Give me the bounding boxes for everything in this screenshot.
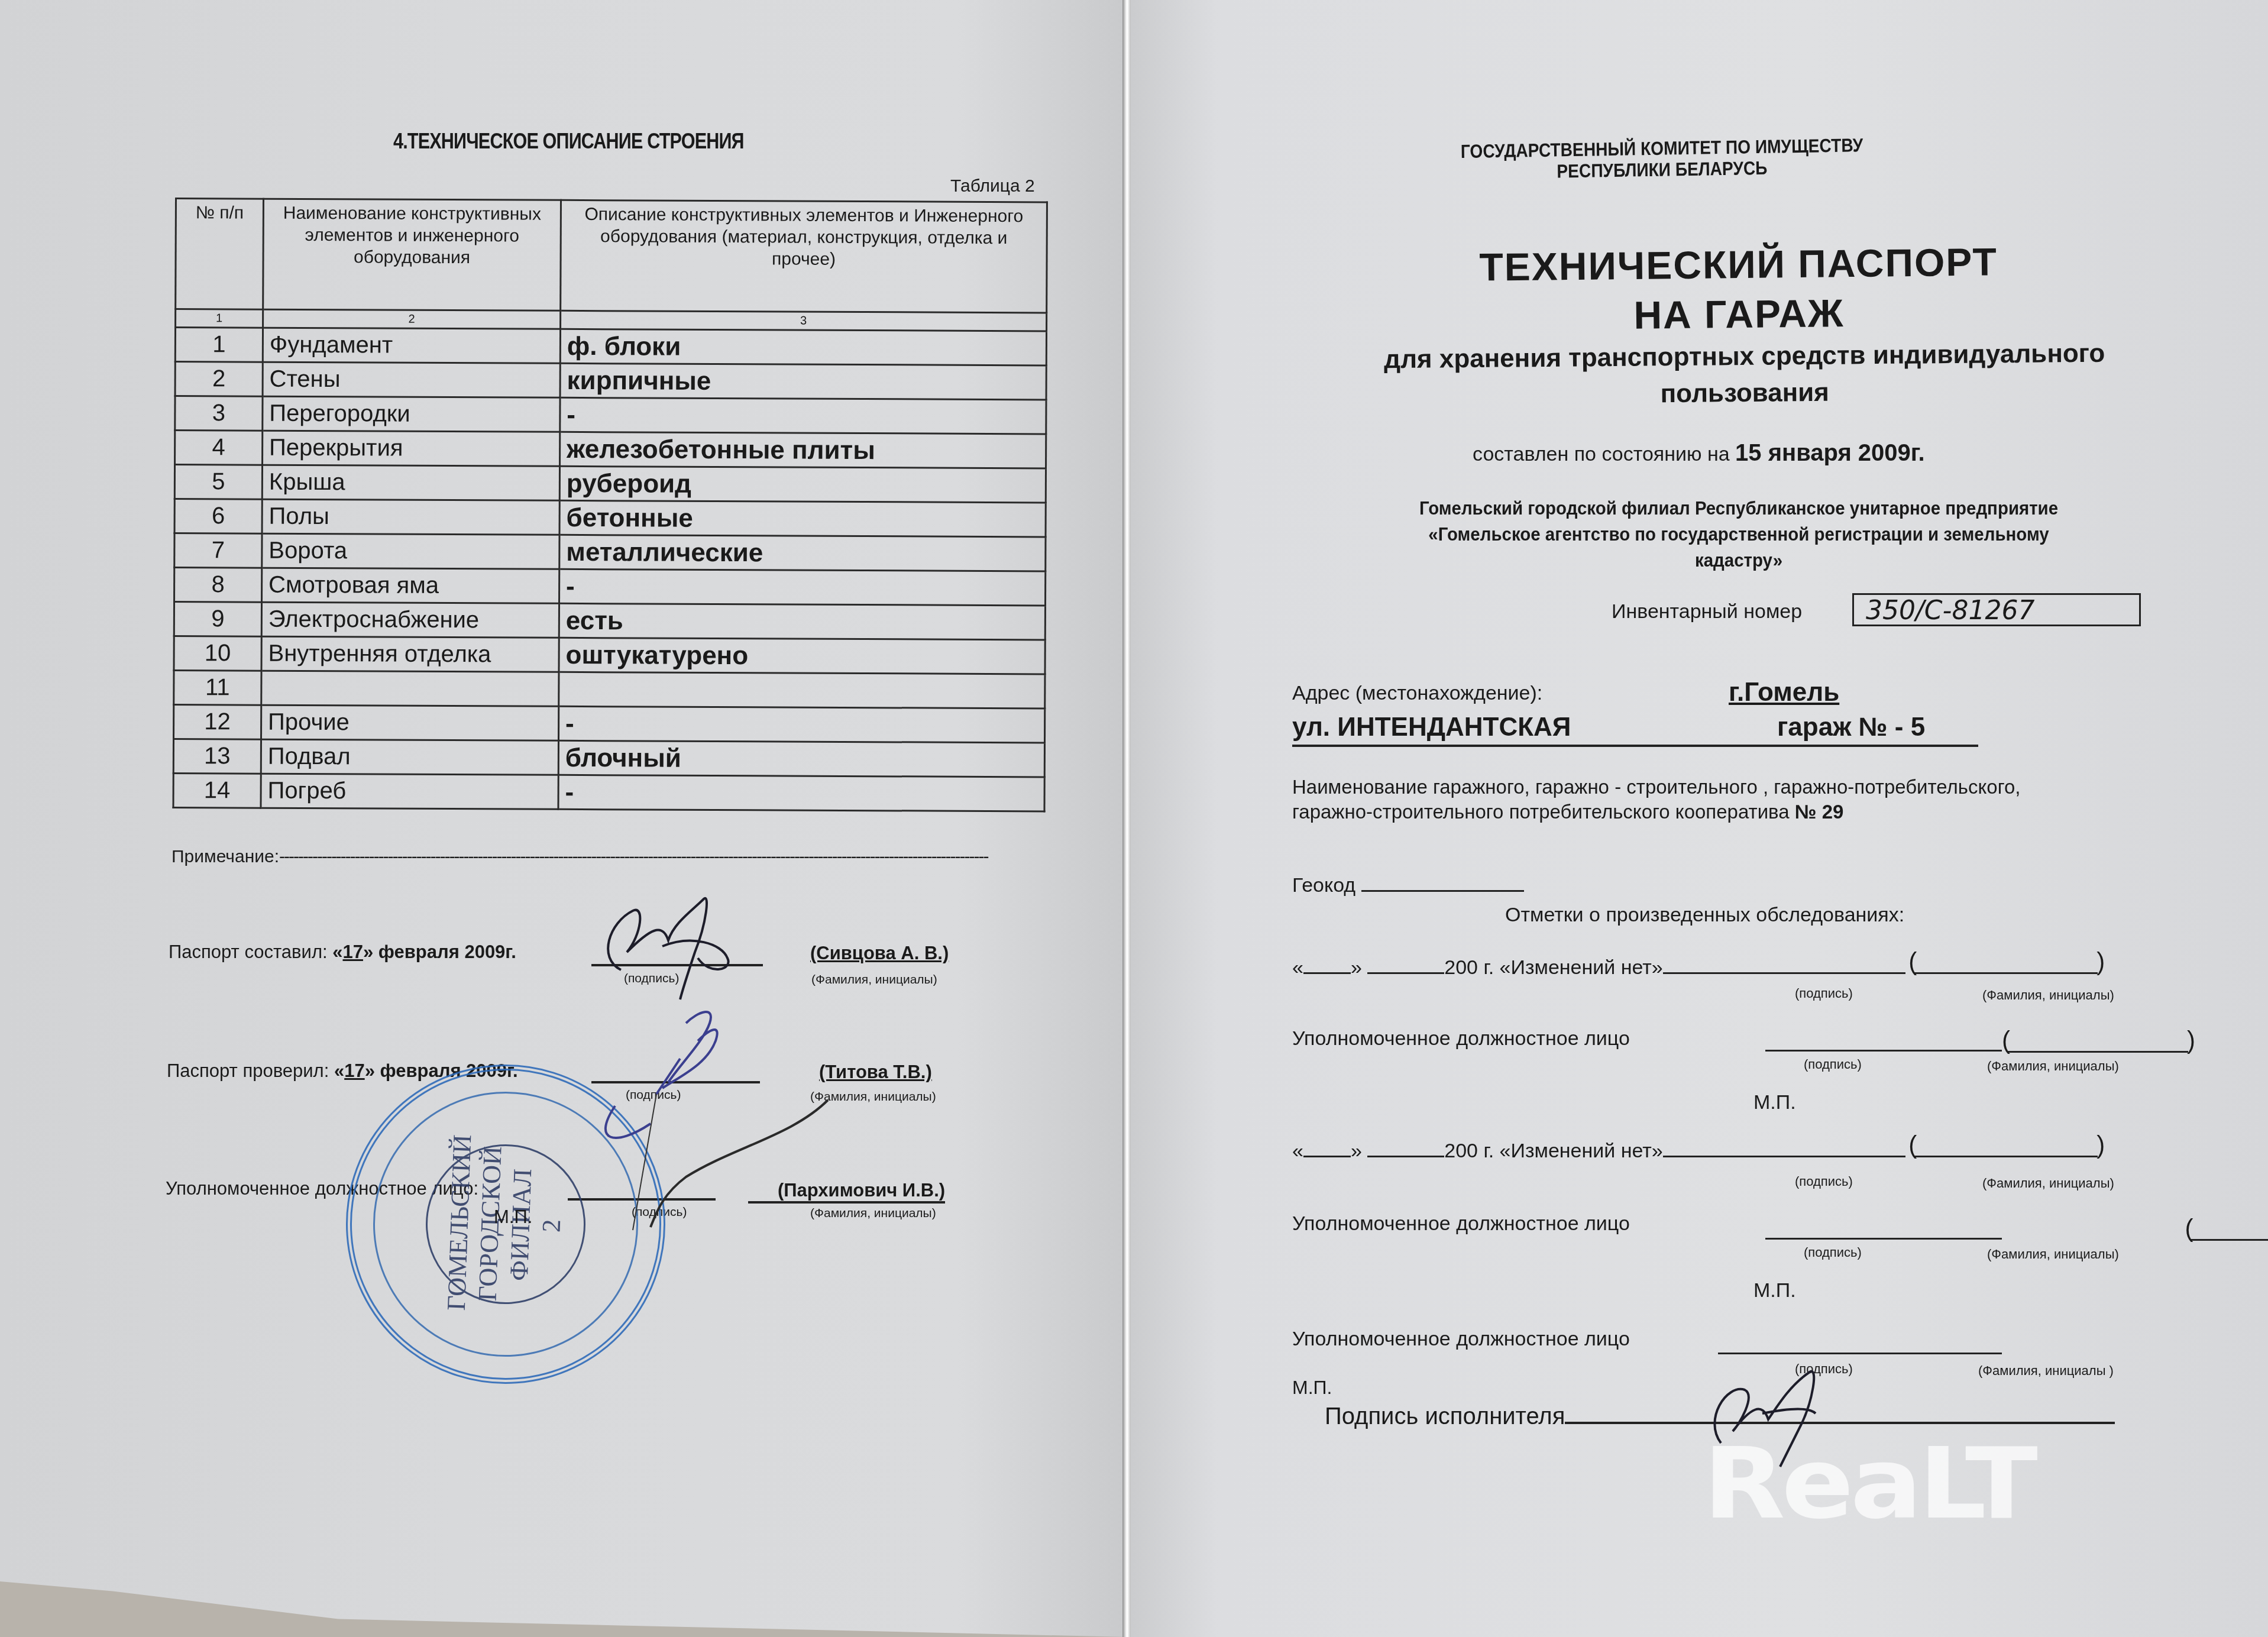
seal-place-label: М.П. [1753, 1279, 1796, 1302]
survey-mark-1: «» 200 г. «Изменений нет» [1292, 956, 2098, 979]
element-description: - [558, 775, 1044, 811]
agency-line: кадастру» [1334, 548, 2143, 574]
compiled-day: 17 [342, 942, 363, 962]
official-sign-line [1765, 1050, 2002, 1052]
table-row: 5Крышарубероид [174, 465, 1046, 503]
element-name: Погреб [261, 774, 558, 809]
row-number: 10 [174, 636, 261, 671]
column-number: 2 [263, 309, 561, 329]
element-description [559, 672, 1045, 708]
element-description: - [559, 569, 1046, 606]
element-description: оштукатурено [559, 638, 1045, 674]
note-label: Примечание: [172, 847, 279, 866]
element-description: есть [559, 603, 1045, 640]
element-name: Стены [263, 362, 560, 397]
element-description: - [560, 397, 1046, 434]
seal-place-label: М.П. [1292, 1377, 1332, 1399]
garage-number: гараж № - 5 [1777, 713, 1925, 742]
table-label: Таблица 2 [950, 176, 1035, 196]
agency-name: Гомельский городской филиал Республиканс… [1334, 496, 2143, 574]
official-label: Уполномоченное должностное лицо [1292, 1212, 1630, 1235]
official-label: Уполномоченное должностное лицо [1292, 1328, 1630, 1351]
official-name-field [2008, 1032, 2188, 1053]
agency-line: «Гомельское агентство по государственной… [1334, 522, 2143, 548]
table-row: 14Погреб- [173, 773, 1044, 811]
row-number: 7 [174, 533, 262, 568]
inventory-number-field: 350/С-81267 [1852, 593, 2141, 626]
checked-by-label: Паспорт проверил: [167, 1060, 329, 1081]
table-row: 9Электроснабжениеесть [174, 602, 1045, 640]
address-label: Адрес (местонахождение): [1292, 682, 1542, 705]
compiled-date-line: составлен по состоянию на 15 января 2009… [1473, 440, 1925, 467]
document-subtitle: для хранения транспортных средств индиви… [1312, 335, 2176, 416]
title-line: НА ГАРАЖ [1455, 286, 2023, 342]
element-description: рубероид [559, 466, 1046, 503]
sign-caption: (подпись) [1804, 1057, 1862, 1072]
table-row: 12Прочие- [174, 704, 1045, 742]
row-number: 2 [175, 362, 263, 397]
survey-mark-2: «» 200 г. «Изменений нет» [1292, 1140, 2098, 1163]
sign-caption: (подпись) [1804, 1245, 1862, 1260]
element-name: Внутренняя отделка [261, 636, 559, 672]
subtitle-line: для хранения транспортных средств индиви… [1312, 335, 2176, 379]
title-line: ТЕХНИЧЕСКИЙ ПАСПОРТ [1454, 237, 2023, 292]
row-number: 11 [174, 670, 261, 705]
row-number: 4 [175, 431, 263, 465]
element-description: железобетонные плиты [560, 432, 1046, 468]
element-name: Ворота [262, 533, 559, 569]
signature-official-line [615, 1094, 852, 1230]
table-row: 1Фундаментф. блоки [175, 328, 1046, 365]
row-number: 8 [174, 568, 262, 603]
survey-marks-title: Отметки о произведенных обследованиях: [1505, 904, 1904, 927]
checked-day: 17 [344, 1060, 364, 1081]
geocode-blank [1361, 890, 1524, 892]
technical-description-table: № п/п Наименование конструктивных элемен… [172, 198, 1047, 812]
cooperative-line: Наименование гаражного, гаражно - строит… [1292, 775, 2021, 800]
address-city: г.Гомель [1729, 678, 1839, 707]
checked-by-name: (Титова Т.В.) [819, 1062, 932, 1083]
sign-caption: (подпись) [1795, 986, 1853, 1001]
stamp-line: 2 [533, 1137, 570, 1314]
table-row: 8Смотровая яма- [174, 568, 1046, 606]
compiled-month-year: февраля 2009г. [378, 942, 516, 962]
name-caption: (Фамилия, инициалы) [811, 973, 937, 987]
table-row: 13Подвалблочный [173, 739, 1044, 777]
row-number: 12 [174, 704, 261, 739]
element-name: Фундамент [263, 328, 560, 363]
element-name: Прочие [261, 705, 559, 740]
row-number: 5 [174, 465, 262, 500]
geocode-row: Геокод [1292, 874, 1524, 897]
element-name: Подвал [261, 739, 558, 775]
compiled-prefix: составлен по состоянию на [1473, 443, 1730, 465]
element-name: Полы [262, 499, 559, 535]
element-name: Электроснабжение [261, 602, 559, 638]
table-row: 7Воротаметаллические [174, 533, 1046, 571]
row-number: 9 [174, 602, 261, 637]
element-name: Перегородки [263, 396, 560, 432]
row-number: 6 [174, 499, 262, 534]
section-title: 4.ТЕХНИЧЕСКОЕ ОПИСАНИЕ СТРОЕНИЯ [393, 129, 744, 154]
note-line: Примечание:-----------------------------… [172, 847, 1041, 867]
column-number: 3 [561, 310, 1047, 331]
address-street: ул. ИНТЕНДАНТСКАЯ [1292, 713, 1571, 742]
compiled-by-label: Паспорт составил: [169, 942, 328, 962]
address-street-line: ул. ИНТЕНДАНТСКАЯ гараж № - 5 [1292, 713, 1978, 747]
survey-date-text: 200 г. «Изменений нет» [1444, 1140, 1662, 1162]
table-row: 6Полыбетонные [174, 499, 1046, 537]
official-label: Уполномоченное должностное лицо [1292, 1027, 1630, 1050]
cooperative-number: № 29 [1795, 801, 1844, 823]
element-description: ф. блоки [560, 329, 1046, 365]
executor-label: Подпись исполнителя [1325, 1403, 1565, 1429]
row-number: 1 [175, 328, 263, 363]
name-caption: (Фамилия, инициалы) [1982, 1176, 2114, 1191]
note-dashes: ----------------------------------------… [279, 847, 988, 866]
row-number: 3 [175, 396, 263, 431]
document-title: ТЕХНИЧЕСКИЙ ПАСПОРТ НА ГАРАЖ [1454, 237, 2023, 342]
element-description: бетонные [559, 500, 1046, 537]
element-description: металлические [559, 535, 1046, 571]
survey-date-text: 200 г. «Изменений нет» [1444, 956, 1662, 979]
table-header-row: № п/п Наименование конструктивных элемен… [176, 199, 1047, 313]
sign-caption: (подпись) [1795, 1174, 1853, 1189]
seal-place-label: М.П. [494, 1206, 532, 1228]
table-row: 3Перегородки- [175, 396, 1046, 434]
name-caption: (Фамилия, инициалы ) [1978, 1363, 2114, 1379]
element-description: - [558, 706, 1044, 743]
compiled-by-row: Паспорт составил: «17» февраля 2009г. [169, 942, 516, 963]
row-number: 13 [173, 739, 261, 774]
compiled-by-name: (Сивцова А. В.) [810, 943, 949, 964]
subtitle-line: пользования [1313, 371, 2176, 416]
name-caption: (Фамилия, инициалы) [1982, 988, 2114, 1003]
inventory-label: Инвентарный номер [1612, 600, 1802, 623]
cooperative-line: гаражно-строительного потребительского к… [1292, 801, 1790, 823]
name-caption: (Фамилия, инициалы) [1987, 1247, 2119, 1262]
element-description: кирпичные [560, 363, 1046, 400]
element-description: блочный [558, 740, 1044, 777]
compiled-date: 15 января 2009г. [1735, 440, 1925, 466]
element-name: Смотровая яма [262, 568, 559, 603]
element-name [261, 671, 559, 706]
issuing-committee: ГОСУДАРСТВЕННЫЙ КОМИТЕТ ПО ИМУЩЕСТВУ РЕС… [1461, 134, 1863, 183]
header-element-name: Наименование конструктивных элементов и … [263, 199, 561, 310]
page-fold [1122, 0, 1131, 1637]
geocode-label: Геокод [1292, 874, 1355, 897]
official-name-field [2191, 1220, 2268, 1241]
element-name: Крыша [262, 465, 559, 500]
table-row: 4Перекрытияжелезобетонные плиты [175, 431, 1046, 468]
header-number: № п/п [176, 199, 264, 310]
cooperative-info: Наименование гаражного, гаражно - строит… [1292, 775, 2021, 824]
watermark-logo: ReaLT [1703, 1427, 2034, 1541]
agency-line: Гомельский городской филиал Республиканс… [1334, 496, 2143, 522]
table-row: 2Стеныкирпичные [175, 362, 1046, 400]
table-row: 11 [174, 670, 1045, 708]
column-number: 1 [176, 309, 263, 328]
seal-place-label: М.П. [1753, 1091, 1796, 1114]
element-name: Перекрытия [263, 431, 560, 466]
table-row: 10Внутренняя отделкаоштукатурено [174, 636, 1045, 674]
name-caption: (Фамилия, инициалы) [1987, 1059, 2119, 1074]
row-number: 14 [173, 773, 261, 808]
official-sign-line [1765, 1238, 2002, 1240]
header-description: Описание конструктивных элементов и Инже… [561, 200, 1047, 313]
